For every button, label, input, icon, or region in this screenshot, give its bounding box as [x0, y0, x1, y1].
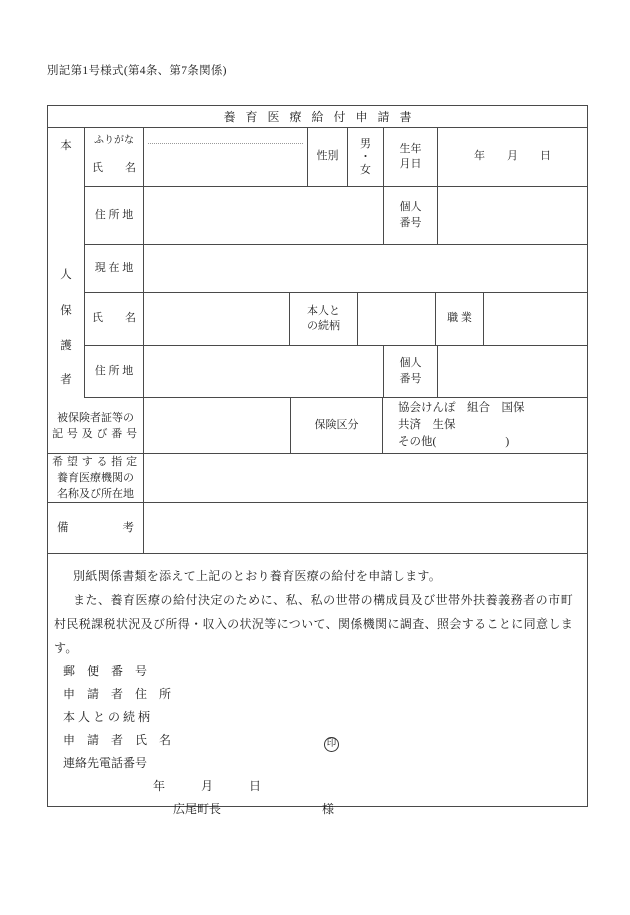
occupation-label: 職 業 — [436, 293, 484, 345]
birth-date-field: 年 月 日 — [438, 128, 587, 186]
relationship-label-bottom: 本 人 と の 続 柄 — [63, 706, 150, 729]
insurance-option-line2: 共済 生保 — [398, 417, 456, 434]
form-number-heading: 別記第1号様式(第4条、第7条関係) — [47, 62, 227, 78]
applicant-address-row: 住 所 地 個人 番号 — [85, 187, 587, 245]
applicant-address-label-bottom: 申 請 者 住 所 — [63, 683, 171, 706]
applicant-name-field — [144, 128, 308, 186]
relationship-label: 本人と の続柄 — [290, 293, 358, 345]
sex-label: 性別 — [308, 128, 348, 186]
applicant-name-label-bottom: 申 請 者 氏 名 — [63, 729, 171, 752]
recipient-line: 広尾町長 様 — [54, 798, 573, 821]
guardian-address-row: 住 所 地 個人 番号 — [85, 346, 587, 398]
insurance-option-line1: 協会けんぽ 組合 国保 — [398, 400, 525, 417]
date-line: 年 月 日 — [54, 775, 573, 798]
sex-options: 男 ・ 女 — [348, 128, 384, 186]
postal-code-label: 郵 便 番 号 — [63, 660, 147, 683]
guardian-name-row: 氏 名 本人と の続柄 職 業 — [85, 293, 587, 346]
applicant-address-line: 申 請 者 住 所 — [54, 683, 573, 706]
contact-phone-line: 連絡先電話番号 — [54, 752, 573, 775]
guardian-group-label-bottom: 者 — [60, 371, 72, 387]
applicant-section: 本 人 ふりがな 氏 名 性別 男 ・ 女 生年 月日 年 月 日 — [48, 128, 587, 293]
insurance-category-label: 保険区分 — [291, 398, 383, 453]
postal-code-line: 郵 便 番 号 — [54, 660, 573, 683]
applicant-personal-number-field — [438, 187, 587, 244]
remarks-label-left: 備 — [57, 520, 69, 536]
remarks-label-right: 考 — [123, 520, 135, 536]
remarks-label: 備 考 — [48, 503, 144, 553]
applicant-name-label: 氏 名 — [92, 161, 136, 176]
guardian-address-label: 住 所 地 — [85, 346, 144, 397]
institution-label-line1: 希望する指定 — [50, 454, 141, 470]
current-address-field — [144, 245, 587, 292]
form-title: 養育医療給付申請書 — [223, 108, 421, 125]
insurance-row: 被保険者証等の 記号及び番号 保険区分 協会けんぽ 組合 国保 共済 生保 その… — [48, 398, 587, 454]
guardian-group-label: 保 護 者 — [48, 293, 85, 398]
institution-label: 希望する指定 養育医療機関の 名称及び所在地 — [48, 454, 144, 502]
institution-row: 希望する指定 養育医療機関の 名称及び所在地 — [48, 454, 587, 503]
guardian-name-field — [144, 293, 290, 345]
insured-card-label: 被保険者証等の 記号及び番号 — [48, 398, 144, 453]
insured-card-label-line1: 被保険者証等の — [57, 410, 134, 426]
insured-card-number-field — [144, 398, 291, 453]
occupation-field — [484, 293, 587, 345]
remarks-field — [144, 503, 587, 553]
contact-phone-label: 連絡先電話番号 — [63, 752, 147, 775]
form-title-row: 養育医療給付申請書 — [48, 106, 587, 128]
recipient-name: 広尾町長 — [173, 802, 221, 816]
furigana-dotted-line — [148, 143, 303, 144]
institution-label-line3: 名称及び所在地 — [57, 486, 134, 502]
declaration-section: 別紙関係書類を添えて上記のとおり養育医療の給付を申請します。 また、養育医療の給… — [48, 554, 587, 808]
guardian-group-label-top: 保 — [60, 302, 72, 318]
furigana-label: ふりがな — [94, 134, 134, 148]
relationship-line: 本 人 と の 続 柄 — [54, 706, 573, 729]
institution-label-line2: 養育医療機関の — [57, 470, 134, 486]
applicant-group-label: 本 人 — [48, 128, 85, 293]
declaration-paragraph-2: また、養育医療の給付決定のために、私、私の世帯の構成員及び世帯外扶養義務者の市町… — [54, 588, 573, 660]
guardian-personal-number-label: 個人 番号 — [384, 346, 438, 397]
insured-card-label-line2: 記号及び番号 — [50, 426, 141, 442]
guardian-section: 保 護 者 氏 名 本人と の続柄 職 業 住 所 地 個人 番号 — [48, 293, 587, 398]
applicant-group-label-top: 本 — [60, 137, 72, 153]
birth-date-label: 生年 月日 — [384, 128, 438, 186]
remarks-row: 備 考 — [48, 503, 587, 554]
guardian-group-label-middle: 護 — [60, 337, 72, 353]
applicant-current-address-row: 現 在 地 — [85, 245, 587, 293]
applicant-group-label-bottom: 人 — [60, 266, 72, 282]
current-address-label: 現 在 地 — [85, 245, 144, 292]
applicant-name-label-cell: ふりがな 氏 名 — [85, 128, 144, 186]
recipient-honorific: 様 — [322, 802, 334, 816]
seal-mark-icon: 印 — [324, 737, 339, 752]
applicant-name-row: ふりがな 氏 名 性別 男 ・ 女 生年 月日 年 月 日 — [85, 128, 587, 187]
applicant-personal-number-label: 個人 番号 — [384, 187, 438, 244]
guardian-personal-number-field — [438, 346, 587, 397]
guardian-address-field — [144, 346, 384, 397]
applicant-name-line: 申 請 者 氏 名 印 — [54, 729, 573, 752]
form-page: 別記第1号様式(第4条、第7条関係) 養育医療給付申請書 本 人 ふりがな 氏 … — [0, 0, 630, 915]
applicant-address-label: 住 所 地 — [85, 187, 144, 244]
applicant-address-field — [144, 187, 384, 244]
guardian-name-label: 氏 名 — [85, 293, 144, 345]
insurance-option-line3: その他( ) — [398, 434, 509, 451]
relationship-field — [358, 293, 436, 345]
declaration-paragraph-1: 別紙関係書類を添えて上記のとおり養育医療の給付を申請します。 — [54, 564, 573, 588]
insurance-options: 協会けんぽ 組合 国保 共済 生保 その他( ) — [383, 398, 587, 453]
institution-field — [144, 454, 587, 502]
application-form-table: 養育医療給付申請書 本 人 ふりがな 氏 名 性別 男 ・ 女 — [47, 105, 588, 807]
